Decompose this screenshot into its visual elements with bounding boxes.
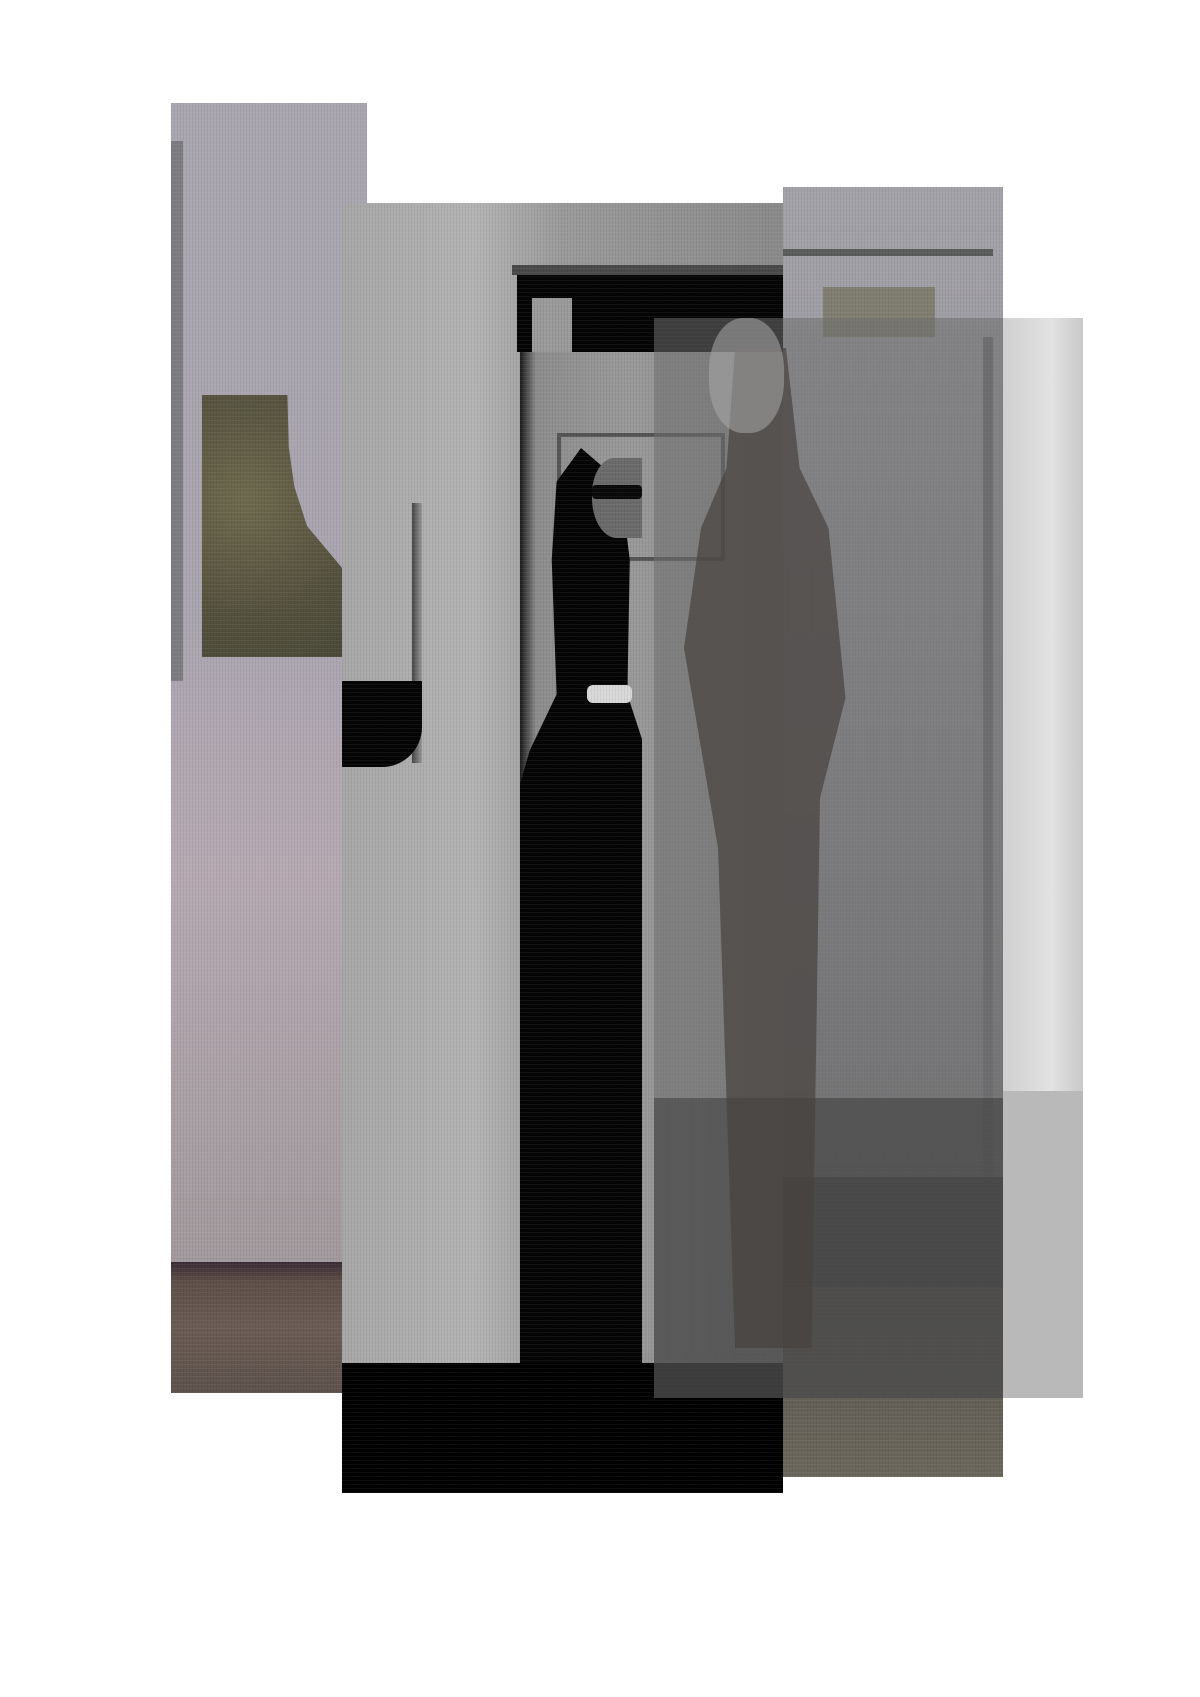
left-wall-panel <box>171 103 367 1393</box>
ghost-face <box>709 318 784 433</box>
ghost-overlay-panel <box>654 318 1003 1398</box>
far-right-pale-panel <box>1003 318 1083 1398</box>
